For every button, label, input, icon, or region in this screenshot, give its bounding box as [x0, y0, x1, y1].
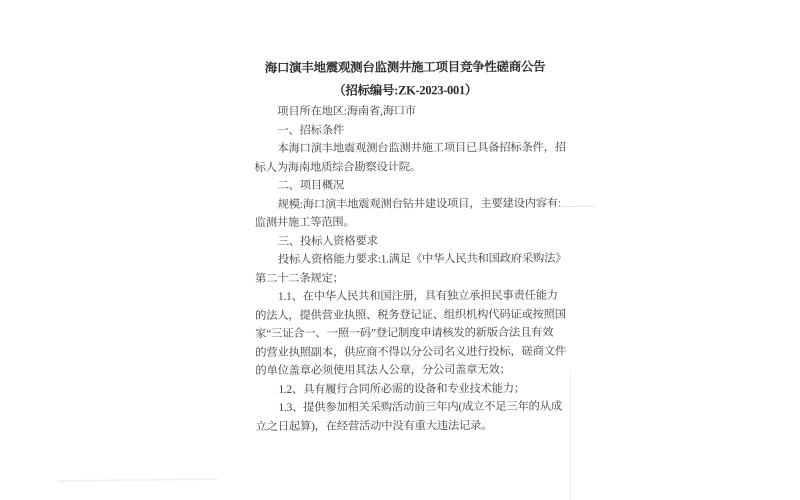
- text-line: 的法人，提供营业执照、税务登记证、组织机构代码证或按照国: [255, 305, 557, 325]
- text-line: 监测井施工等范围。: [255, 213, 557, 233]
- text-line: 本海口演丰地震观测台监测井施工项目已具备招标条件，招: [254, 139, 556, 159]
- scan-smudge: [58, 478, 218, 482]
- text-line: 规模:海口演丰地震观测台钻井建设项目，主要建设内容有:: [255, 194, 557, 214]
- text-line-clause-1-1: 1.1、在中华人民共和国注册，具有独立承担民事责任能力: [255, 287, 557, 307]
- text-line: 第二十二条规定；: [255, 268, 557, 288]
- text-line-section-2-heading: 二、项目概况: [255, 176, 557, 196]
- page-edge-scan-line: [570, 372, 571, 500]
- text-line: 立之日起算)，在经营活动中没有重大违法记录。: [256, 416, 558, 436]
- document-subtitle: （招标编号:ZK-2023-001）: [254, 79, 556, 103]
- text-line: 标人为海南地质综合勘察设计院。: [254, 157, 556, 177]
- document-content: 海口演丰地震观测台监测井施工项目竞争性磋商公告 （招标编号:ZK-2023-00…: [254, 56, 558, 436]
- text-line: 投标人资格能力要求:1.满足《中华人民共和国政府采购法》: [255, 250, 557, 270]
- text-line: 的营业执照副本，供应商不得以分公司名义进行投标，磋商文件: [255, 342, 557, 362]
- scan-smudge: [549, 206, 595, 208]
- scanned-document-page: 海口演丰地震观测台监测井施工项目竞争性磋商公告 （招标编号:ZK-2023-00…: [0, 0, 800, 500]
- text-line: 家“三证合一、一照一码”登记制度申请核发的新版合法且有效: [255, 324, 557, 344]
- document-title: 海口演丰地震观测台监测井施工项目竞争性磋商公告: [254, 56, 556, 80]
- text-line: 的单位盖章必须使用其法人公章，分公司盖章无效；: [255, 361, 557, 381]
- text-line-section-1-heading: 一、招标条件: [254, 120, 556, 140]
- text-line-clause-1-3: 1.3、提供参加相关采购活动前三年内(成立不足三年的从成: [255, 398, 557, 418]
- text-line-clause-1-2: 1.2、具有履行合同所必需的设备和专业技术能力；: [255, 379, 557, 399]
- text-line-section-3-heading: 三、投标人资格要求: [255, 231, 557, 251]
- text-line-project-location: 项目所在地区:海南省,海口市: [254, 102, 556, 122]
